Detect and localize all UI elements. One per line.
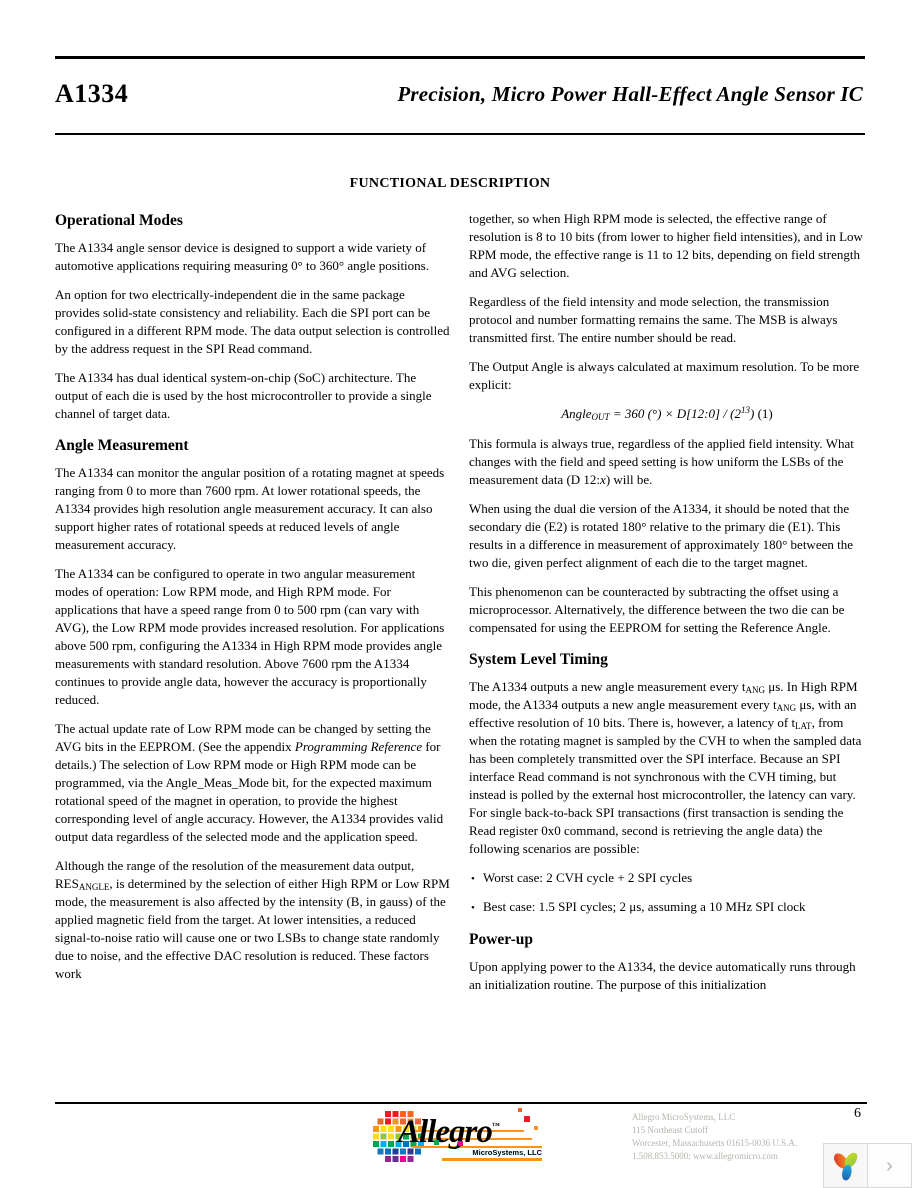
logo-brand-text: Allegro <box>398 1114 492 1150</box>
vendor-petal-icon <box>831 1151 861 1181</box>
text-run: When using the dual die version of the A… <box>469 501 853 570</box>
section-heading: Angle Measurement <box>55 437 451 455</box>
text-run: The Output Angle is always calculated at… <box>469 359 859 392</box>
paragraph: The A1334 has dual identical system-on-c… <box>55 369 451 423</box>
paragraph: The A1334 can be configured to operate i… <box>55 565 451 709</box>
paragraph: The actual update rate of Low RPM mode c… <box>55 720 451 846</box>
text-run: = 360 (°) × D[12:0] / (2 <box>610 406 741 421</box>
section-heading: Power-up <box>469 931 865 949</box>
text-run: LAT <box>795 721 812 731</box>
paragraph: Upon applying power to the A1334, the de… <box>469 958 865 994</box>
logo-accent-square <box>434 1140 439 1145</box>
text-run: The A1334 angle sensor device is designe… <box>55 240 429 273</box>
text-run: The A1334 can monitor the angular positi… <box>55 465 444 552</box>
paragraph: This formula is always true, regardless … <box>469 435 865 489</box>
section-heading: System Level Timing <box>469 651 865 669</box>
logo-wordmark: Allegro™ <box>398 1108 500 1150</box>
text-run: The A1334 outputs a new angle measuremen… <box>469 679 746 694</box>
bullet-marker: • <box>471 870 483 888</box>
text-run: ANG <box>746 685 766 695</box>
logo-accent-square <box>534 1126 538 1130</box>
text-run: An option for two electrically-independe… <box>55 287 449 356</box>
bullet-item: •Best case: 1.5 SPI cycles; 2 μs, assumi… <box>471 898 865 917</box>
text-run: (1) <box>754 406 772 421</box>
left-column: Operational ModesThe A1334 angle sensor … <box>55 210 451 994</box>
bullet-marker: • <box>471 899 483 917</box>
header-top-rule <box>55 56 865 59</box>
text-run: ) will be. <box>606 472 653 487</box>
paragraph: An option for two electrically-independe… <box>55 286 451 358</box>
viewer-overlay: › <box>823 1143 912 1188</box>
footer-rule <box>55 1102 867 1104</box>
datasheet-page: A1334 Precision, Micro Power Hall-Effect… <box>0 0 918 1188</box>
paragraph: together, so when High RPM mode is selec… <box>469 210 865 282</box>
text-run: This formula is always true, regardless … <box>469 436 854 487</box>
next-page-button[interactable]: › <box>867 1143 912 1188</box>
text-run: Angle <box>561 406 591 421</box>
trademark-symbol: ™ <box>492 1121 500 1130</box>
paragraph: Although the range of the resolution of … <box>55 857 451 983</box>
allegro-logo: Allegro™ MicroSystems, LLC <box>372 1108 552 1170</box>
text-run: OUT <box>592 412 610 422</box>
paragraph: The Output Angle is always calculated at… <box>469 358 865 394</box>
text-run: The A1334 has dual identical system-on-c… <box>55 370 432 421</box>
logo-accent-square <box>458 1141 463 1146</box>
text-run: This phenomenon can be counteracted by s… <box>469 584 844 635</box>
paragraph: This phenomenon can be counteracted by s… <box>469 583 865 637</box>
document-title: Precision, Micro Power Hall-Effect Angle… <box>397 82 863 107</box>
vendor-logo-button[interactable] <box>823 1143 868 1188</box>
company-address: Allegro MicroSystems, LLC 115 Northeast … <box>632 1111 797 1163</box>
text-run: Upon applying power to the A1334, the de… <box>469 959 856 992</box>
chevron-right-icon: › <box>886 1156 893 1176</box>
logo-subtitle: MicroSystems, LLC <box>442 1148 542 1161</box>
text-run: , is determined by the selection of eith… <box>55 876 450 981</box>
right-column: together, so when High RPM mode is selec… <box>469 210 865 1005</box>
paragraph: When using the dual die version of the A… <box>469 500 865 572</box>
text-run: Regardless of the field intensity and mo… <box>469 294 837 345</box>
text-run: together, so when High RPM mode is selec… <box>469 211 863 280</box>
text-run: for details.) The selection of Low RPM m… <box>55 739 443 844</box>
section-title: FUNCTIONAL DESCRIPTION <box>55 176 845 192</box>
equation: AngleOUT = 360 (°) × D[12:0] / (213) (1) <box>469 405 865 423</box>
logo-accent-square <box>524 1116 530 1122</box>
page-number: 6 <box>854 1106 861 1122</box>
address-line: Worcester, Massachusetts 01615-0036 U.S.… <box>632 1137 797 1150</box>
text-run: 13 <box>741 405 750 415</box>
paragraph: The A1334 angle sensor device is designe… <box>55 239 451 275</box>
text-run: Best case: 1.5 SPI cycles; 2 μs, assumin… <box>483 899 806 914</box>
paragraph: The A1334 can monitor the angular positi… <box>55 464 451 554</box>
text-run: , from when the rotating magnet is sampl… <box>469 715 861 856</box>
address-line: Allegro MicroSystems, LLC <box>632 1111 797 1124</box>
paragraph: Regardless of the field intensity and mo… <box>469 293 865 347</box>
logo-accent-square <box>518 1108 522 1112</box>
text-run: ANGLE <box>79 882 110 892</box>
text-run: The A1334 can be configured to operate i… <box>55 566 444 707</box>
address-line: 115 Northeast Cutoff <box>632 1124 797 1137</box>
section-heading: Operational Modes <box>55 212 451 230</box>
text-run: ANG <box>777 703 797 713</box>
text-run: Worst case: 2 CVH cycle + 2 SPI cycles <box>483 870 692 885</box>
paragraph: The A1334 outputs a new angle measuremen… <box>469 678 865 858</box>
part-number: A1334 <box>55 79 128 109</box>
text-run: Programming Reference <box>295 739 422 754</box>
header-bottom-rule <box>55 133 865 135</box>
address-line: 1.508.853.5000; www.allegromicro.com <box>632 1150 797 1163</box>
bullet-item: •Worst case: 2 CVH cycle + 2 SPI cycles <box>471 869 865 888</box>
